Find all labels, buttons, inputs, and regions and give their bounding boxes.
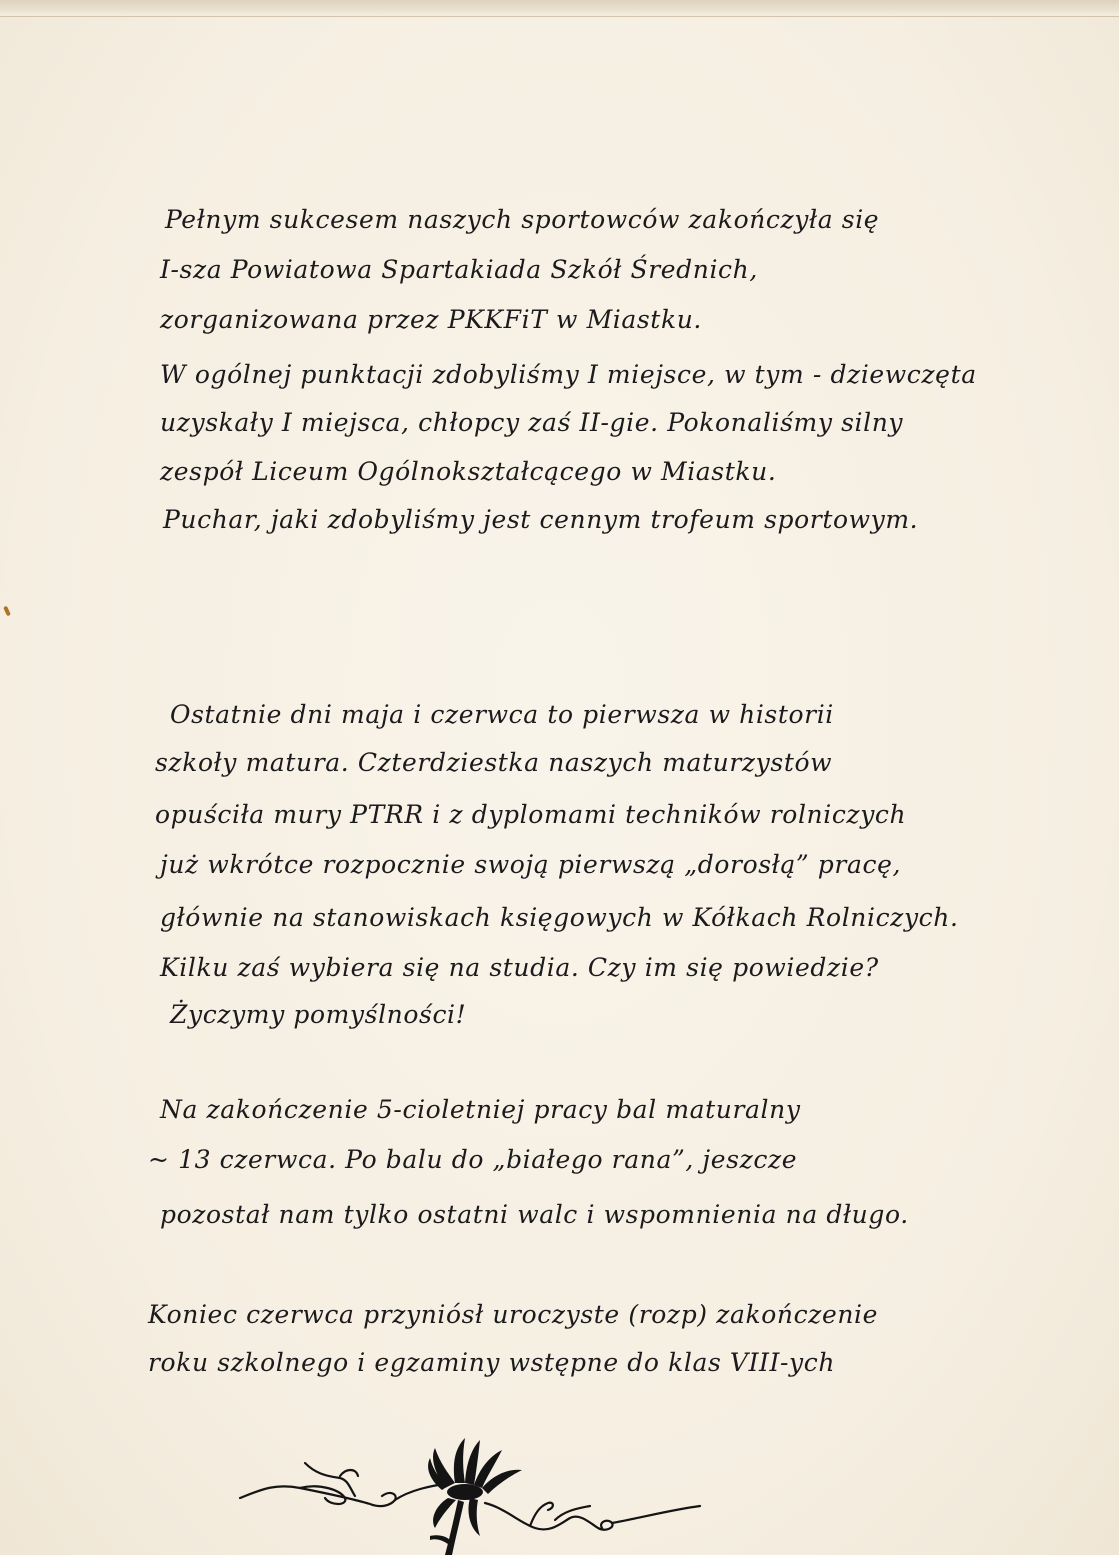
- flower-vine-ornament-icon: [230, 1428, 710, 1555]
- text-line: Na zakończenie 5-cioletniej pracy bal ma…: [160, 1095, 801, 1124]
- text-line: szkoły matura. Czterdziestka naszych mat…: [155, 748, 832, 777]
- text-line: Koniec czerwca przyniósł uroczyste (rozp…: [148, 1300, 878, 1329]
- text-line: Kilku zaś wybiera się na studia. Czy im …: [160, 953, 879, 982]
- text-line: Pełnym sukcesem naszych sportowców zakoń…: [165, 205, 879, 234]
- text-line: ~ 13 czerwca. Po balu do „białego rana”,…: [148, 1145, 797, 1174]
- text-line: Puchar, jaki zdobyliśmy jest cennym trof…: [163, 505, 918, 534]
- text-line: Ostatnie dni maja i czerwca to pierwsza …: [170, 700, 834, 729]
- text-line: głównie na stanowiskach księgowych w Kół…: [160, 903, 959, 932]
- text-line: W ogólnej punktacji zdobyliśmy I miejsce…: [160, 360, 977, 389]
- page-top-edge: [0, 0, 1119, 17]
- text-line: I-sza Powiatowa Spartakiada Szkół Średni…: [160, 255, 758, 284]
- text-line: zorganizowana przez PKKFiT w Miastku.: [160, 305, 702, 334]
- paper-stain: [3, 606, 11, 617]
- text-line: Życzymy pomyślności!: [170, 1000, 466, 1029]
- text-line: roku szkolnego i egzaminy wstępne do kla…: [148, 1348, 835, 1377]
- text-line: zespół Liceum Ogólnokształcącego w Miast…: [160, 457, 776, 486]
- text-line: już wkrótce rozpocznie swoją pierwszą „d…: [160, 850, 901, 879]
- text-line: uzyskały I miejsca, chłopcy zaś II-gie. …: [160, 408, 903, 437]
- text-line: opuściła mury PTRR i z dyplomami technik…: [155, 800, 906, 829]
- text-line: pozostał nam tylko ostatni walc i wspomn…: [160, 1200, 909, 1229]
